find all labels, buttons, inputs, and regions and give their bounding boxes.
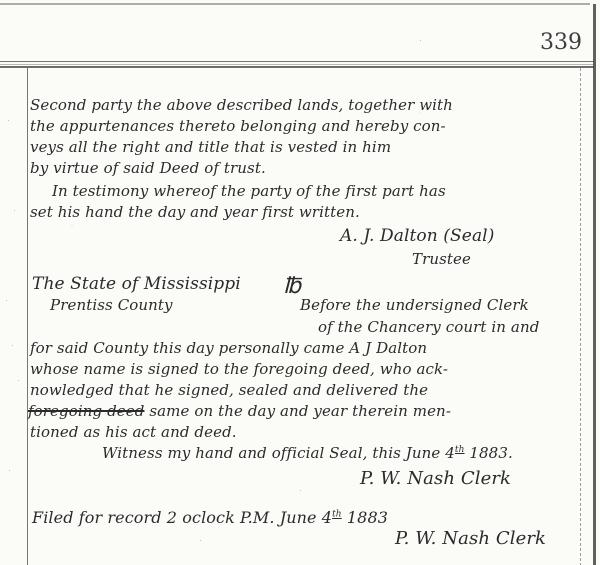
- ack-line: of the Chancery court in and: [318, 320, 539, 335]
- ack-line-struck: foregoing deed same on the day and year …: [28, 404, 451, 419]
- left-margin-line: [27, 68, 28, 565]
- header-rule: [0, 61, 594, 62]
- venue-county: Prentiss County: [50, 298, 173, 313]
- header-rule: [0, 64, 594, 65]
- deed-line: set his hand the day and year first writ…: [30, 205, 360, 220]
- header-rule: [0, 66, 594, 68]
- deed-line: In testimony whereof the party of the fi…: [52, 184, 446, 199]
- brace-mark: ℔: [283, 276, 301, 298]
- deed-line: Second party the above described lands, …: [30, 98, 453, 113]
- venue-state: The State of Mississippi: [32, 276, 241, 293]
- clerk-signature: P. W. Nash Clerk: [360, 470, 511, 488]
- filing-clerk-signature: P. W. Nash Clerk: [395, 530, 546, 548]
- witness-text: Witness my hand and official Seal, this …: [102, 444, 455, 462]
- right-margin-line: [580, 68, 581, 565]
- ack-line: tioned as his act and deed.: [30, 425, 237, 440]
- ack-line: whose name is signed to the foregoing de…: [30, 362, 448, 377]
- deed-line: veys all the right and title that is ves…: [30, 140, 391, 155]
- top-border: [0, 3, 590, 5]
- witness-line: Witness my hand and official Seal, this …: [102, 446, 513, 461]
- ledger-page: 339 Second party the above described lan…: [0, 0, 600, 565]
- filing-line: Filed for record 2 oclock P.M. June 4th …: [32, 510, 388, 526]
- filing-year: 1883: [342, 508, 388, 527]
- struck-text: foregoing deed: [28, 402, 144, 420]
- witness-year: 1883.: [465, 444, 513, 462]
- binding-edge: [593, 4, 596, 565]
- filing-text: Filed for record 2 oclock P.M. June 4: [32, 508, 332, 527]
- ack-line: Before the undersigned Clerk: [300, 298, 529, 313]
- ack-line-rest: same on the day and year therein men-: [144, 402, 451, 420]
- deed-line: the appurtenances thereto belonging and …: [30, 119, 446, 134]
- grantor-signature: A. J. Dalton (Seal): [340, 228, 494, 245]
- deed-line: by virtue of said Deed of trust.: [30, 161, 266, 176]
- ack-line: nowledged that he signed, sealed and del…: [30, 383, 428, 398]
- signature-title: Trustee: [412, 252, 471, 267]
- filing-sup: th: [332, 510, 342, 520]
- ack-line: for said County this day personally came…: [30, 341, 427, 356]
- witness-sup: th: [455, 445, 465, 455]
- page-number: 339: [540, 30, 582, 55]
